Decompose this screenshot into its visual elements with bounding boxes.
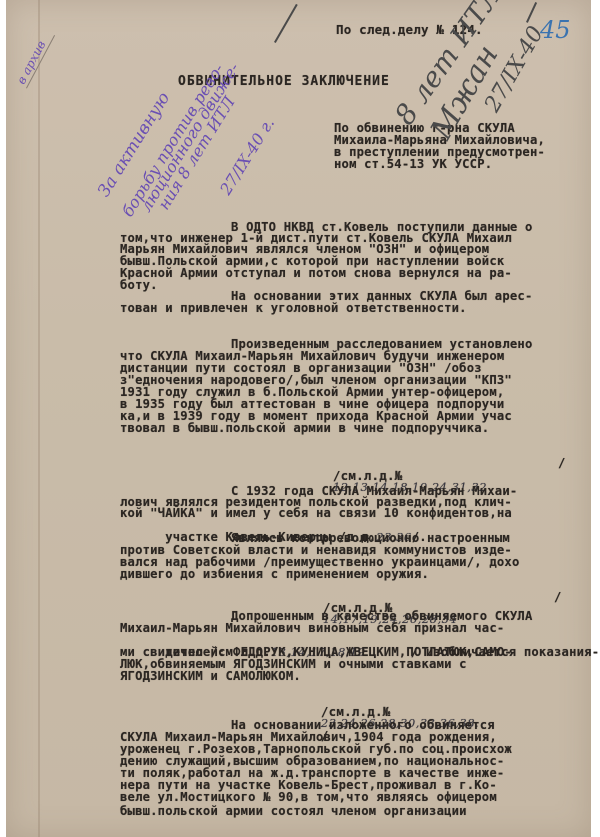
folio-number: 45 — [540, 16, 571, 44]
reference-close: / — [554, 592, 562, 604]
text-line: бывш.польской армии состоял членом орган… — [120, 806, 467, 818]
text-line: твовал в бывш.польской армии в чине подп… — [120, 423, 489, 435]
subject-line: ном ст.54-13 УК УССР. — [334, 159, 492, 171]
fold-crease — [38, 0, 40, 837]
text-line: ЯГОДЗИНСКИМ и САМОЛЮКОМ. — [120, 671, 301, 683]
text-line: Красной Армии отступал и потом снова вер… — [120, 268, 512, 280]
text-line: боту. — [120, 280, 158, 292]
reference-close: / — [558, 458, 566, 470]
document-page: По след.делу № 124. ОБВИНИТЕЛЬНОЕ ЗАКЛЮЧ… — [6, 0, 591, 837]
text-line: веле ул.Мостицкого № 90,в том,что являяс… — [120, 792, 497, 804]
text-line: кой "ЧАЙКА" и имел у себя на связи 10 ко… — [120, 508, 512, 520]
text-line: тован и привлечен к уголовной ответствен… — [120, 303, 467, 315]
text-line: Михаил-Марьян Михайлович виновным себя п… — [120, 623, 504, 635]
handwritten-line: 27/IX-40 г. — [216, 114, 278, 198]
pencil-stroke — [274, 4, 297, 43]
pencil-stroke — [526, 2, 537, 23]
text-line: дившего до избиения с применением оружия… — [120, 569, 429, 581]
